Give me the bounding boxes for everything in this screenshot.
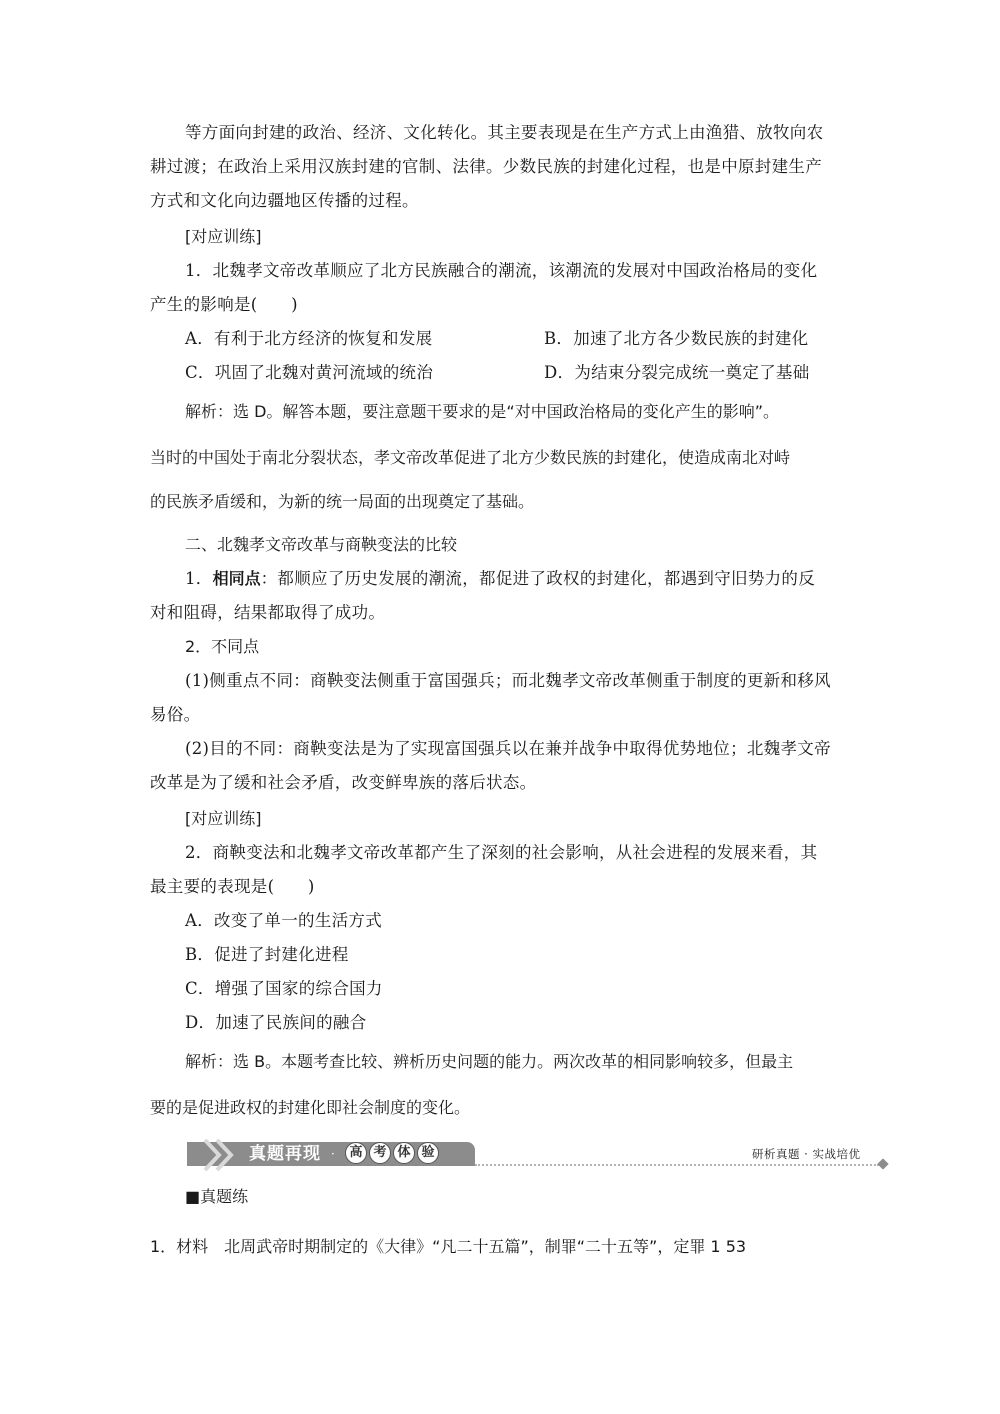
exercise1-heading: [对应训练] — [185, 227, 262, 247]
exercise2-option-b: B．促进了封建化进程 — [185, 945, 349, 965]
exercise1-analysis-line-1: 解析：选 D。解答本题，要注意题干要求的是“对中国政治格局的变化产生的影响”。 — [185, 402, 779, 422]
exercise1-option-b: B．加速了北方各少数民族的封建化 — [544, 329, 808, 349]
similar-text: ：都顺应了历史发展的潮流，都促进了政权的封建化，都遇到守旧势力的反 — [261, 569, 815, 588]
exercise1-option-c: C．巩固了北魏对黄河流域的统治 — [185, 363, 433, 383]
exercise2-option-c: C．增强了国家的综合国力 — [185, 979, 383, 999]
exercise2-option-d: D．加速了民族间的融合 — [185, 1013, 367, 1033]
section2-diff1-line-1: (1)侧重点不同：商鞅变法侧重于富国强兵；而北魏孝文帝改革侧重于制度的更新和移风 — [185, 671, 831, 691]
section2-diff2-line-2: 改革是为了缓和社会矛盾，改变鲜卑族的落后状态。 — [150, 773, 536, 793]
circled-char: 考 — [369, 1142, 391, 1164]
practice-question-line-1: 1．材料 北周武帝时期制定的《大律》“凡二十五篇”，制罪“二十五等”，定罪 1 … — [150, 1237, 746, 1257]
section2-similar-line-1: 1．相同点：都顺应了历史发展的潮流，都促进了政权的封建化，都遇到守旧势力的反 — [185, 569, 815, 589]
exercise1-option-d: D．为结束分裂完成统一奠定了基础 — [544, 363, 810, 383]
banner-subtitle: 研析真题 · 实战培优 — [752, 1146, 860, 1162]
exercise2-heading: [对应训练] — [185, 809, 262, 829]
exercise2-question-line-2: 最主要的表现是( ) — [150, 877, 315, 897]
intro-line-1: 等方面向封建的政治、经济、文化转化。其主要表现是在生产方式上由渔猎、放牧向农 — [185, 123, 823, 143]
section2-heading: 二、北魏孝文帝改革与商鞅变法的比较 — [185, 535, 457, 555]
similar-label: 相同点 — [213, 569, 261, 588]
section2-diff1-line-2: 易俗。 — [150, 705, 200, 725]
intro-line-2: 耕过渡；在政治上采用汉族封建的官制、法律。少数民族的封建化过程，也是中原封建生产 — [150, 157, 822, 177]
exercise2-analysis-line-2: 要的是促进政权的封建化即社会制度的变化。 — [150, 1098, 470, 1118]
exercise1-analysis-line-2: 当时的中国处于南北分裂状态，孝文帝改革促进了北方少数民族的封建化，使造成南北对峙 — [150, 448, 790, 468]
circled-char: 体 — [393, 1142, 415, 1164]
section-banner: 真题再现 · 高 考 体 验 研析真题 · 实战培优 — [187, 1140, 887, 1170]
practice-heading: ■真题练 — [185, 1187, 248, 1207]
exercise1-analysis-line-3: 的民族矛盾缓和，为新的统一局面的出现奠定了基础。 — [150, 492, 534, 512]
exercise2-question-line-1: 2．商鞅变法和北魏孝文帝改革都产生了深刻的社会影响，从社会进程的发展来看，其 — [185, 843, 817, 863]
banner-title: 真题再现 — [249, 1143, 321, 1165]
banner-dotted-rule — [475, 1164, 879, 1166]
exercise2-analysis-line-1: 解析：选 B。本题考查比较、辨析历史问题的能力。两次改革的相同影响较多，但最主 — [185, 1052, 793, 1072]
diamond-icon — [877, 1158, 888, 1169]
similar-number: 1． — [185, 569, 213, 588]
section2-diff2-line-1: (2)目的不同：商鞅变法是为了实现富国强兵以在兼并战争中取得优势地位；北魏孝文帝 — [185, 739, 831, 759]
banner-dot: · — [331, 1143, 335, 1165]
exercise1-option-a: A．有利于北方经济的恢复和发展 — [185, 329, 432, 349]
exercise1-question-line-2: 产生的影响是( ) — [150, 295, 298, 315]
circled-char: 高 — [345, 1142, 367, 1164]
banner-circled-chars: 高 考 体 验 — [345, 1142, 439, 1164]
section2-different-heading: 2．不同点 — [185, 637, 259, 657]
double-chevron-icon — [201, 1138, 243, 1172]
section2-similar-line-2: 对和阻碍，结果都取得了成功。 — [150, 603, 385, 623]
exercise1-question-line-1: 1．北魏孝文帝改革顺应了北方民族融合的潮流，该潮流的发展对中国政治格局的变化 — [185, 261, 817, 281]
intro-line-3: 方式和文化向边疆地区传播的过程。 — [150, 191, 419, 211]
circled-char: 验 — [417, 1142, 439, 1164]
exercise2-option-a: A．改变了单一的生活方式 — [185, 911, 382, 931]
